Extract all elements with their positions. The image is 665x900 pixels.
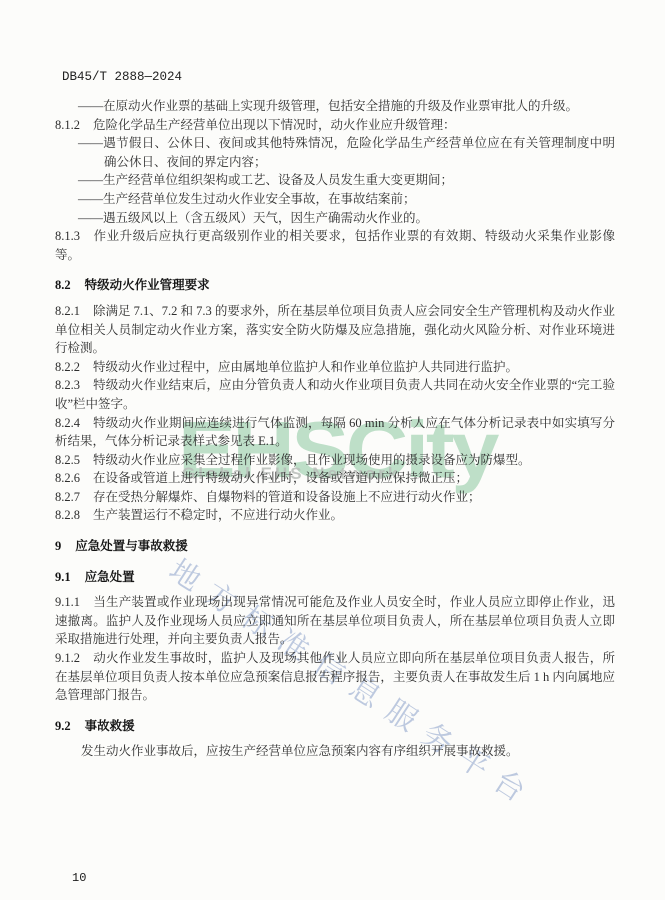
clause-number: 9.1.2 [55, 651, 80, 665]
clause-text: ——在原动火作业票的基础上实现升级管理，包括安全措施的升级及作业票审批人的升级。 [78, 99, 578, 113]
clause-text: 在设备或管道上进行特级动火作业时，设备或管道内应保持微正压； [93, 471, 468, 485]
clause: 8.2.3特级动火作业结束后，应由分管负责人和动火作业项目负责人共同在动火安全作… [55, 376, 615, 413]
clause: 8.2.6在设备或管道上进行特级动火作业时，设备或管道内应保持微正压； [55, 469, 615, 488]
clause-text: 危险化学品生产经营单位出现以下情况时，动火作业应升级管理： [93, 118, 456, 132]
standard-number-header: DB45/T 2888—2024 [62, 70, 182, 84]
page-number: 10 [72, 871, 86, 885]
dash-item: ——遇节假日、公休日、夜间或其他特殊情况，危险化学品生产经营单位应在有关管理制度… [55, 134, 615, 171]
clause: 8.2.4特级动火作业期间应连续进行气体监测，每隔 60 min 分析人应在气体… [55, 414, 615, 451]
clause-text: 应急处置与事故救援 [75, 539, 188, 553]
clause-number: 8.2.3 [55, 378, 80, 392]
clause-number: 8.2.8 [55, 508, 80, 522]
clause-text: 发生动火作业事故后，应按生产经营单位应急预案内容有序组织开展事故救援。 [81, 744, 519, 758]
clause-text: 动火作业发生事故时，监护人及现场其他作业人员应立即向所在基层单位项目负责人报告，… [55, 651, 615, 702]
clause-text: 除满足 7.1、7.2 和 7.3 的要求外，所在基层单位项目负责人应会同安全生… [55, 304, 615, 355]
clause-number: 8.1.3 [55, 229, 80, 243]
dash-item: ——生产经营单位组织架构或工艺、设备及人员发生重大变更期间； [55, 171, 615, 190]
clause: 8.2.1除满足 7.1、7.2 和 7.3 的要求外，所在基层单位项目负责人应… [55, 302, 615, 358]
clause-number: 9.1.1 [55, 595, 80, 609]
clause: 8.1.2危险化学品生产经营单位出现以下情况时，动火作业应升级管理： [55, 116, 615, 135]
clause-text: ——生产经营单位组织架构或工艺、设备及人员发生重大变更期间； [78, 173, 453, 187]
document-page: EHSCity Global EHS Network 地方标准信息服务平台 DB… [0, 0, 665, 900]
clause-number: 8.2.4 [55, 416, 80, 430]
clause-text: 生产装置运行不稳定时，不应进行动火作业。 [93, 508, 343, 522]
section-heading: 9应急处置与事故救援 [55, 537, 615, 556]
clause-text: 应急处置 [85, 570, 135, 584]
paragraph: 发生动火作业事故后，应按生产经营单位应急预案内容有序组织开展事故救援。 [55, 742, 615, 761]
clause-text: ——遇节假日、公休日、夜间或其他特殊情况，危险化学品生产经营单位应在有关管理制度… [78, 136, 615, 169]
clause-text: 存在受热分解爆炸、自爆物料的管道和设备设施上不应进行动火作业； [93, 490, 481, 504]
clause-text: 当生产装置或作业现场出现异常情况可能危及作业人员安全时，作业人员应立即停止作业，… [55, 595, 615, 646]
clause-number: 8.2.7 [55, 490, 80, 504]
clause-text: ——遇五级风以上（含五级风）天气，因生产确需动火作业的。 [78, 211, 428, 225]
dash-item: ——在原动火作业票的基础上实现升级管理，包括安全措施的升级及作业票审批人的升级。 [55, 97, 615, 116]
clause-text: 事故救援 [85, 719, 135, 733]
clause-number: 9.1 [55, 570, 71, 584]
clause-text: 特级动火作业应采集全过程作业影像，且作业现场使用的摄录设备应为防爆型。 [93, 453, 531, 467]
dash-item: ——生产经营单位发生过动火作业安全事故，在事故结案前； [55, 190, 615, 209]
clause-number: 8.2.2 [55, 360, 80, 374]
clause: 9.1.2动火作业发生事故时，监护人及现场其他作业人员应立即向所在基层单位项目负… [55, 649, 615, 705]
clause-number: 8.1.2 [55, 118, 80, 132]
clause-number: 8.2.5 [55, 453, 80, 467]
clause: 8.2.5特级动火作业应采集全过程作业影像，且作业现场使用的摄录设备应为防爆型。 [55, 451, 615, 470]
clause-text: 特级动火作业期间应连续进行气体监测，每隔 60 min 分析人应在气体分析记录表… [55, 416, 615, 449]
clause: 8.2.2特级动火作业过程中，应由属地单位监护人和作业单位监护人共同进行监护。 [55, 358, 615, 377]
clause: 8.1.3作业升级后应执行更高级别作业的相关要求，包括作业票的有效期、特级动火采… [55, 227, 615, 264]
clause-number: 8.2.6 [55, 471, 80, 485]
clause-number: 8.2 [55, 278, 71, 292]
clause: 8.2.8生产装置运行不稳定时，不应进行动火作业。 [55, 506, 615, 525]
subsection-heading: 9.1应急处置 [55, 568, 615, 587]
clause-text: ——生产经营单位发生过动火作业安全事故，在事故结案前； [78, 192, 416, 206]
clause-text: 特级动火作业过程中，应由属地单位监护人和作业单位监护人共同进行监护。 [93, 360, 518, 374]
clause-text: 特级动火作业管理要求 [85, 278, 210, 292]
dash-item: ——遇五级风以上（含五级风）天气，因生产确需动火作业的。 [55, 209, 615, 228]
clause-text: 特级动火作业结束后，应由分管负责人和动火作业项目负责人共同在动火安全作业票的“完… [55, 378, 615, 411]
document-body: ——在原动火作业票的基础上实现升级管理，包括安全措施的升级及作业票审批人的升级。… [55, 97, 615, 761]
clause: 8.2.7存在受热分解爆炸、自爆物料的管道和设备设施上不应进行动火作业； [55, 488, 615, 507]
section-heading: 8.2特级动火作业管理要求 [55, 276, 615, 295]
clause-number: 8.2.1 [55, 304, 80, 318]
clause: 9.1.1当生产装置或作业现场出现异常情况可能危及作业人员安全时，作业人员应立即… [55, 593, 615, 649]
clause-text: 作业升级后应执行更高级别作业的相关要求，包括作业票的有效期、特级动火采集作业影像… [55, 229, 615, 262]
clause-number: 9 [55, 539, 61, 553]
clause-number: 9.2 [55, 719, 71, 733]
subsection-heading: 9.2事故救援 [55, 717, 615, 736]
